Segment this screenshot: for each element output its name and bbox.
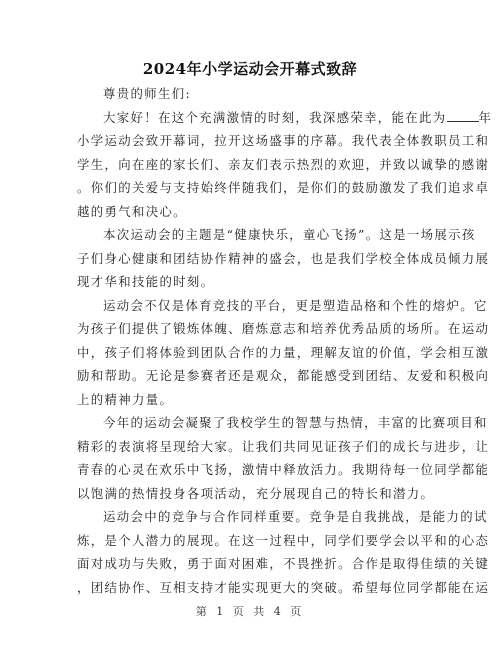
paragraph-3-line-3: 中，孩子们将体验到团队合作的力量，理解友谊的价值，学会相互激: [77, 341, 417, 365]
paragraph-1-line-1: 大家好！在这个充满激情的时刻，我深感荣幸，能在此为年: [77, 106, 417, 130]
document-title: 2024年小学运动会开幕式致辞: [0, 58, 500, 79]
paragraph-1-line-4: 。你们的关爱与支持始终伴随我们，是你们的鼓励激发了我们追求卓: [77, 176, 417, 200]
paragraph-1-line-2: 小学运动会致开幕词，拉开这场盛事的序幕。我代表全体教职员工和: [77, 129, 417, 153]
page-number-footer: 第 1 页 共 4 页: [0, 603, 500, 619]
paragraph-3-line-1: 运动会不仅是体育竞技的平台，更是塑造品格和个性的熔炉。它: [77, 294, 417, 318]
paragraph-5-line-4: ，团结协作、互相支持才能实现更大的突破。希望每位同学都能在运: [77, 576, 417, 600]
paragraph-5-line-1: 运动会中的竞争与合作同样重要。竞争是自我挑战，是能力的试: [77, 505, 417, 529]
paragraph-3-line-2: 为孩子们提供了锻炼体魄、磨炼意志和培养优秀品质的场所。在运动: [77, 317, 417, 341]
greeting: 尊贵的师生们:: [77, 82, 417, 106]
paragraph-1-line-5: 越的勇气和决心。: [77, 200, 417, 224]
fill-in-blank: [447, 109, 479, 122]
paragraph-2-line-3: 现才华和技能的时刻。: [77, 270, 417, 294]
paragraph-5-line-2: 炼，是个人潜力的展现。在这一过程中，同学们要学会以平和的心态: [77, 529, 417, 553]
text-before-blank: 大家好！在这个充满激情的时刻，我深感荣幸，能在此为: [103, 110, 447, 125]
paragraph-3-line-5: 上的精神力量。: [77, 388, 417, 412]
paragraph-2-line-2: 子们身心健康和团结协作精神的盛会，也是我们学校全体成员倾力展: [77, 247, 417, 271]
paragraph-1-line-3: 学生，向在座的家长们、亲友们表示热烈的欢迎，并致以诚挚的感谢: [77, 153, 417, 177]
paragraph-5-line-3: 面对成功与失败，勇于面对困难，不畏挫折。合作是取得佳绩的关键: [77, 552, 417, 576]
document-body: 尊贵的师生们: 大家好！在这个充满激情的时刻，我深感荣幸，能在此为年 小学运动会…: [77, 82, 417, 599]
text-after-blank: 年: [479, 110, 493, 125]
paragraph-3-line-4: 励和帮助。无论是参赛者还是观众，都能感受到团结、友爱和积极向: [77, 364, 417, 388]
document-page: 2024年小学运动会开幕式致辞 尊贵的师生们: 大家好！在这个充满激情的时刻，我…: [0, 0, 500, 647]
paragraph-4-line-4: 以饱满的热情投身各项活动，充分展现自己的特长和潜力。: [77, 482, 417, 506]
paragraph-4-line-2: 精彩的表演将呈现给大家。让我们共同见证孩子们的成长与进步，让: [77, 435, 417, 459]
paragraph-4-line-3: 青春的心灵在欢乐中飞扬，激情中释放活力。我期待每一位同学都能: [77, 458, 417, 482]
paragraph-2-line-1: 本次运动会的主题是“健康快乐，童心飞扬”。这是一场展示孩: [77, 223, 417, 247]
paragraph-4-line-1: 今年的运动会凝聚了我校学生的智慧与热情，丰富的比赛项目和: [77, 411, 417, 435]
